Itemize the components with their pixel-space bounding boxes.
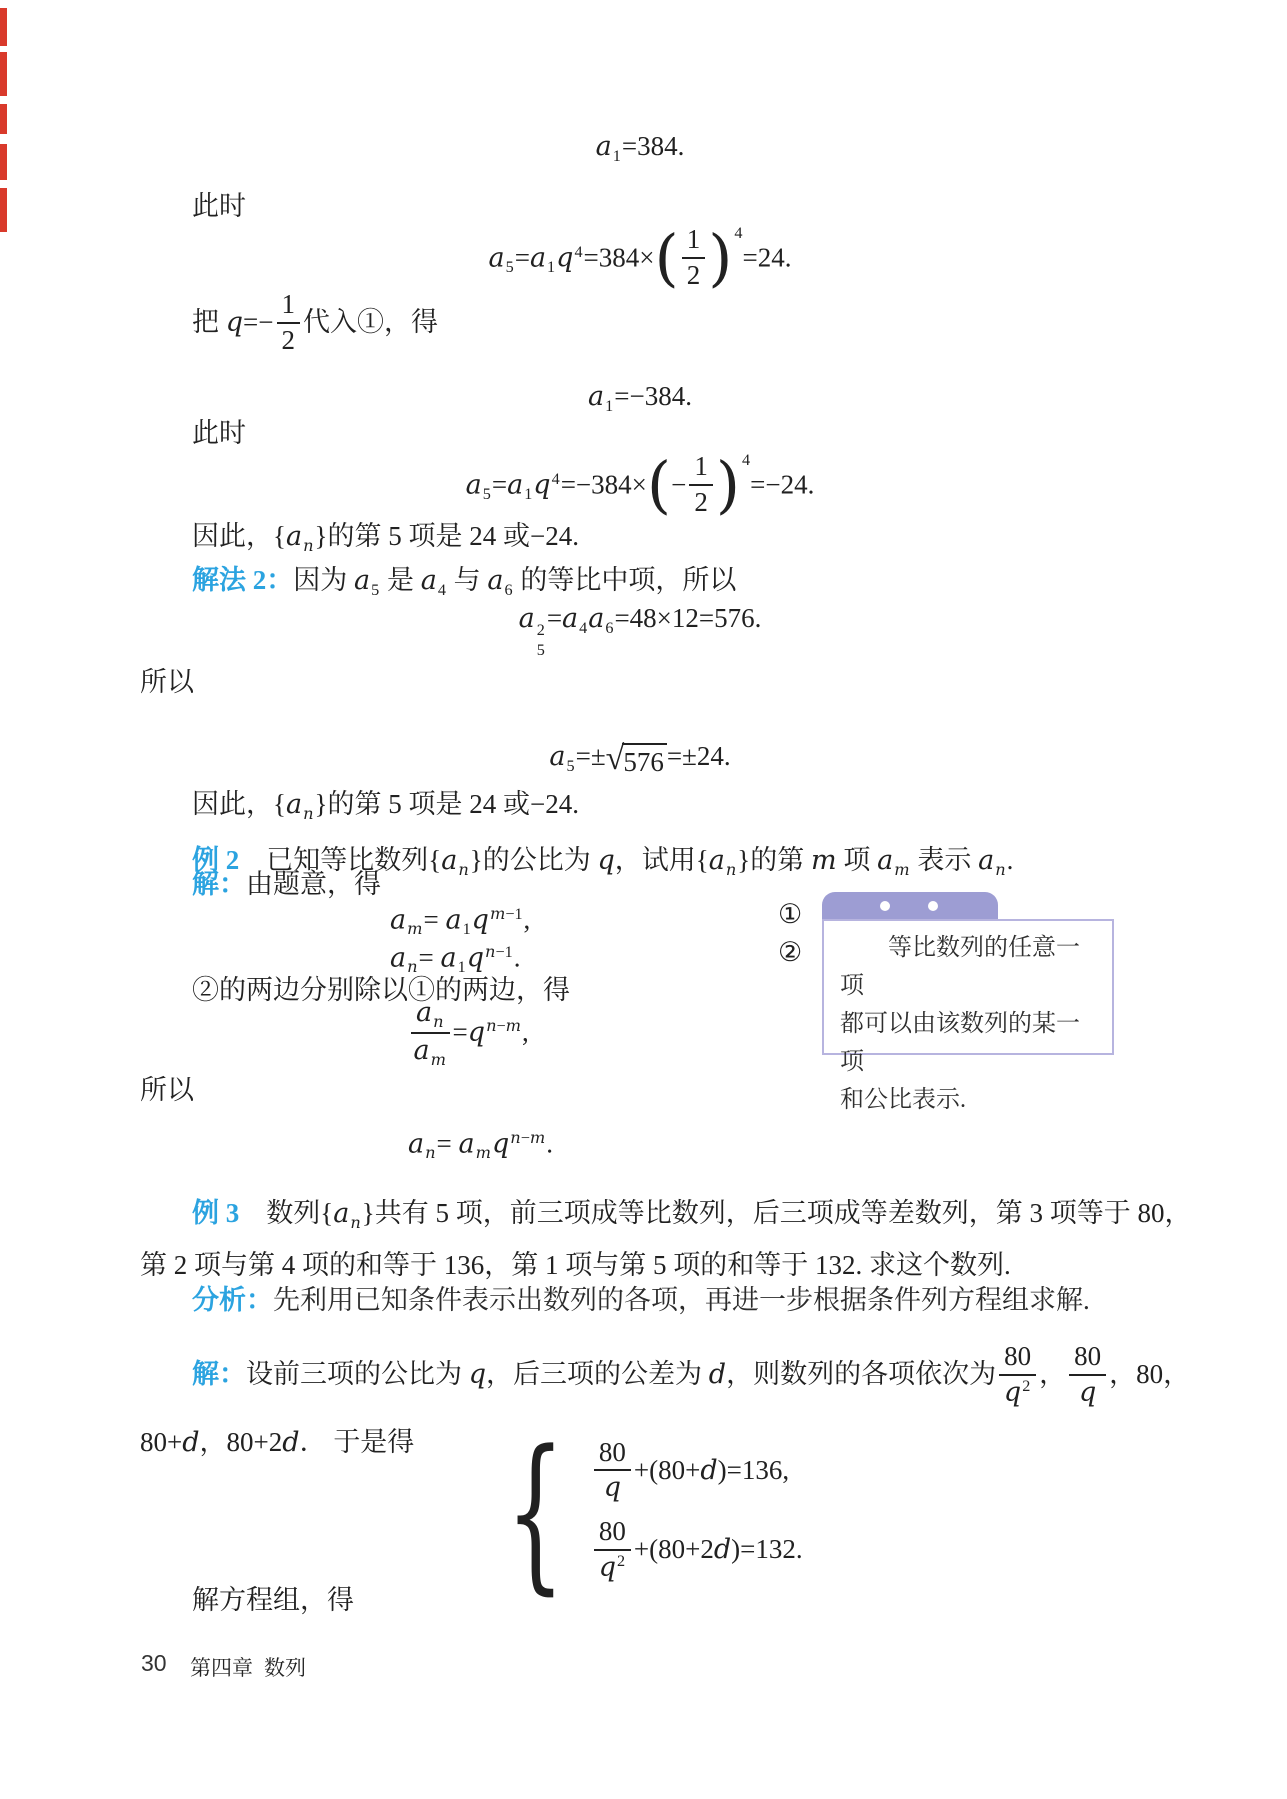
note-line: 和公比表示. xyxy=(840,1081,1098,1119)
equation-system: {80q+(80+d)=136,80q2+(80+2d)=132. xyxy=(506,1428,803,1596)
note-pin-dot xyxy=(880,901,890,911)
note-body: 等比数列的任意一项 都可以由该数列的某一项 和公比表示. xyxy=(822,919,1114,1055)
equation-number: ① xyxy=(778,896,802,932)
text-solution-3: 解：设前三项的公比为 q，后三项的公差为 d，则数列的各项依次为80q2，80q… xyxy=(192,1342,1190,1412)
red-edge-mark xyxy=(0,52,7,96)
note-line: 都可以由该数列的某一项 xyxy=(840,1005,1098,1081)
red-edge-mark xyxy=(0,188,7,232)
equation-sqrt: a5=±√576=±24. xyxy=(140,738,1140,784)
text-sequence-tail: 80+d，80+2d． 于是得 xyxy=(140,1424,414,1461)
text-solve-system: 解方程组，得 xyxy=(192,1582,354,1618)
text-conclusion-2: 因此，{an}的第 5 项是 24 或−24. xyxy=(192,786,579,832)
text-conclusion-1: 因此，{an}的第 5 项是 24 或−24. xyxy=(192,518,579,564)
equation-a5-negative: a5=a1q4=−384×(−12)4=−24. xyxy=(140,442,1140,522)
text-suoyi-1: 所以 xyxy=(140,664,194,700)
page-number: 30 xyxy=(141,1650,167,1677)
red-edge-mark xyxy=(0,144,7,180)
equation-a5-squared: a25=a4a6=48×12=576. xyxy=(140,600,1140,660)
text-solution-2: 解：由题意，得 xyxy=(192,866,381,902)
equation-number: ② xyxy=(778,934,802,970)
section-title: 数列 xyxy=(264,1652,306,1682)
chapter-title: 第四章 xyxy=(190,1652,253,1682)
note-tab-icon xyxy=(822,892,998,919)
text-suoyi-2: 所以 xyxy=(140,1072,194,1108)
note-pin-dot xyxy=(928,901,938,911)
text-substitute-q: 把 q=−12代入①，得 xyxy=(192,290,438,360)
text-analysis: 分析：先利用已知条件表示出数列的各项，再进一步根据条件列方程组求解. xyxy=(192,1282,1090,1318)
equation-a1-384: a1=384. xyxy=(140,128,1140,174)
red-edge-mark xyxy=(0,104,7,134)
equation-a1-negative: a1=−384. xyxy=(140,378,1140,424)
margin-note: 等比数列的任意一项 都可以由该数列的某一项 和公比表示. xyxy=(822,892,1114,1055)
equation-ratio: anam=qn−m, xyxy=(408,998,529,1072)
para-example-3: 例 3 数列{an}共有 5 项，前三项成等比数列，后三项成等差数列，第 3 项… xyxy=(140,1192,1200,1286)
system-brace-icon: { xyxy=(506,1428,565,1596)
textbook-page: a1=384.此时a5=a1q4=384×(12)4=24.把 q=−12代入①… xyxy=(0,0,1287,1799)
equation-an-am: an= amqn−m. xyxy=(408,1120,553,1171)
equation-a5-positive: a5=a1q4=384×(12)4=24. xyxy=(140,215,1140,295)
note-line: 等比数列的任意一项 xyxy=(840,929,1098,1005)
red-edge-mark xyxy=(0,8,7,46)
